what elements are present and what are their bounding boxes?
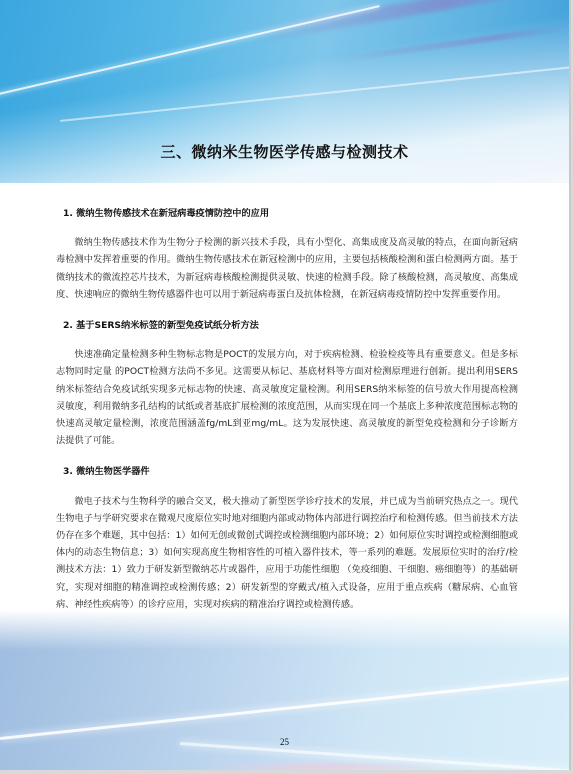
section-2: 2. 基于SERS纳米标签的新型免疫试纸分析方法 快速准确定量检测多种生物标志物… — [56, 317, 518, 449]
body-content: 1. 微纳生物传感技术在新冠病毒疫情防控中的应用 微纳生物传感技术作为生物分子检… — [56, 205, 518, 627]
decorative-glow — [200, 760, 450, 770]
decorative-streak — [60, 66, 571, 122]
document-page: 三、微纳米生物医学传感与检测技术 1. 微纳生物传感技术在新冠病毒疫情防控中的应… — [0, 0, 571, 770]
section-1: 1. 微纳生物传感技术在新冠病毒疫情防控中的应用 微纳生物传感技术作为生物分子检… — [56, 205, 518, 303]
section-paragraph: 微纳生物传感技术作为生物分子检测的新兴技术手段，具有小型化、高集成度及高灵敏的特… — [56, 234, 518, 303]
section-3: 3. 微纳生物医学器件 微电子技术与生物科学的融合交叉，极大推动了新型医学诊疗技… — [56, 463, 518, 613]
chapter-title: 三、微纳米生物医学传感与检测技术 — [0, 141, 569, 162]
section-heading: 3. 微纳生物医学器件 — [63, 463, 518, 480]
section-heading: 2. 基于SERS纳米标签的新型免疫试纸分析方法 — [63, 317, 518, 334]
section-paragraph: 微电子技术与生物科学的融合交叉，极大推动了新型医学诊疗技术的发展，并已成为当前研… — [56, 493, 518, 613]
decorative-streak — [330, 25, 568, 64]
page-number: 25 — [0, 737, 569, 747]
decorative-streak — [0, 5, 380, 97]
section-paragraph: 快速准确定量检测多种生物标志物是POCT的发展方向，对于疾病检测、检验检疫等具有… — [56, 346, 518, 449]
decorative-streak — [249, 0, 571, 44]
section-heading: 1. 微纳生物传感技术在新冠病毒疫情防控中的应用 — [63, 205, 518, 222]
